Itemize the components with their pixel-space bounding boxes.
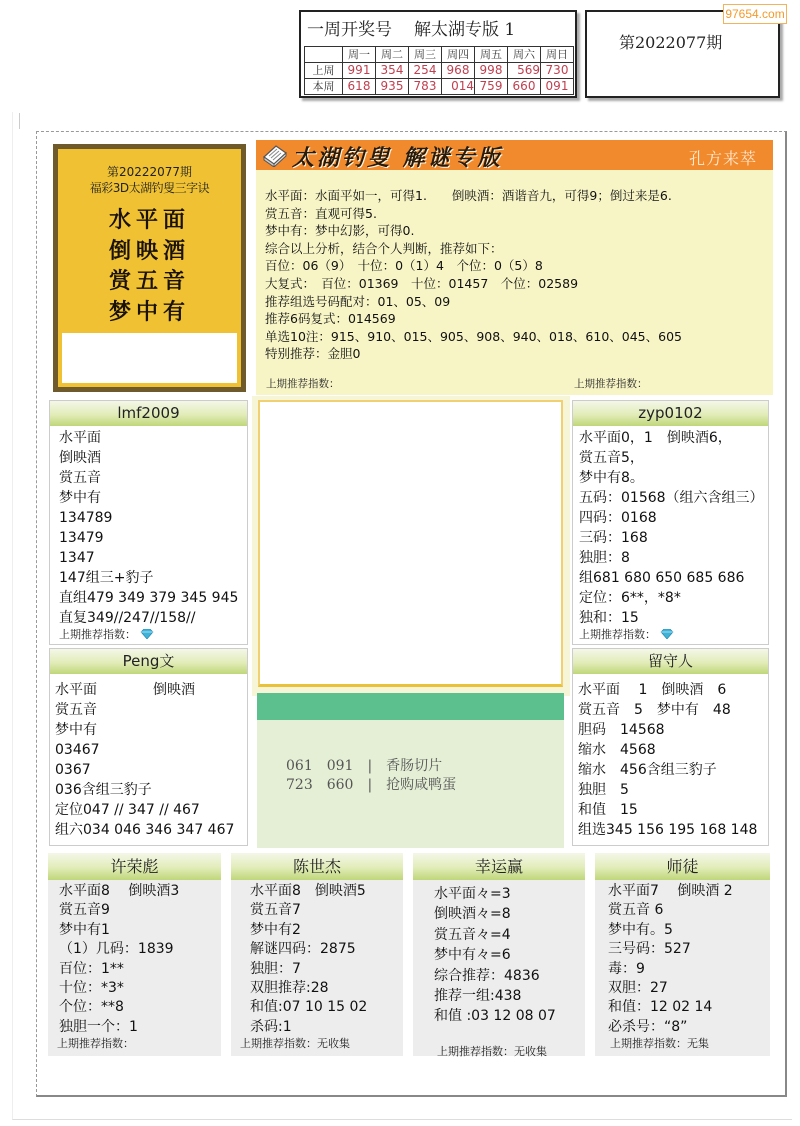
- puzzle-line: 特别推荐：金胆0: [265, 345, 767, 363]
- expert-line: 综合推荐：4836: [434, 966, 585, 986]
- table-row: 本周 618 935 783 014 759 660 091: [305, 79, 574, 95]
- expert-box-liushouren: 留守人 水平面 1 倒映酒 6 赏五音 5 梦中有 48 胆码 14568 缩水…: [572, 648, 769, 846]
- puzzle-line: 单选10注：915、910、015、905、908、940、018、610、04…: [265, 328, 767, 346]
- expert-line: 和值 :03 12 08 07: [434, 1006, 585, 1026]
- expert-line: 水平面: [59, 428, 247, 448]
- expert-line: 缩水 4568: [578, 740, 768, 760]
- draw-number: 569: [508, 63, 541, 79]
- expert-box-zyp0102: zyp0102 水平面0，1 倒映酒6， 赏五音5， 梦中有8。 五码：0156…: [572, 400, 769, 645]
- riddle-poem: 水平面 倒映酒 赏五音 梦中有: [58, 205, 241, 327]
- puzzle-header: 太湖钓叟 解谜专版 孔方来萃: [256, 140, 773, 170]
- rating-label: 上期推荐指数：: [579, 628, 656, 641]
- puzzle-panel: 太湖钓叟 解谜专版 孔方来萃 水平面：水面平如一，可得1. 倒映酒：酒谐音九，可…: [256, 140, 773, 395]
- expert-line: 胆码 14568: [578, 720, 768, 740]
- poem-line: 倒映酒: [58, 236, 241, 267]
- expert-line: 和值：12 02 14: [608, 998, 770, 1017]
- expert-line: 倒映酒々=8: [434, 904, 585, 924]
- puzzle-footer-right: 上期推荐指数：: [574, 376, 648, 391]
- poem-line: 赏五音: [58, 266, 241, 297]
- card-issue: 第20222077期: [58, 163, 241, 180]
- expert-line: 直复349//247//158//: [59, 608, 247, 628]
- green-band: [257, 693, 564, 720]
- expert-line: 水平面 1 倒映酒 6: [578, 680, 768, 700]
- expert-name: 许荣彪: [48, 853, 221, 880]
- expert-box-peng: Peng文 水平面 倒映酒 赏五音 梦中有 03467 0367 036含组三豹…: [49, 648, 248, 846]
- puzzle-line: 大复式： 百位：01369 十位：01457 个位：02589: [265, 275, 767, 293]
- expert-line: 梦中有: [55, 720, 247, 740]
- tip-line: 061 091 | 香肠切片: [286, 757, 456, 776]
- expert-line: 双胆推荐:28: [250, 979, 403, 998]
- expert-line: 五码：01568（组六含组三）: [579, 488, 768, 508]
- expert-box-shitu: 师徒 水平面7 倒映酒 2 赏五音 6 梦中有。5 三号码：527 毒：9 双胆…: [595, 853, 770, 1056]
- card-blank-area: [62, 333, 237, 383]
- expert-footer: 上期推荐指数：: [57, 1037, 221, 1050]
- expert-line: 百位：1**: [59, 960, 221, 979]
- puzzle-line: 推荐6码复式：014569: [265, 310, 767, 328]
- expert-line: 0367: [55, 760, 247, 780]
- draw-number: 618: [343, 79, 376, 95]
- corner-cell: [305, 47, 343, 63]
- expert-line: 定位047 // 347 // 467: [55, 800, 247, 820]
- expert-line: 独胆 5: [578, 780, 768, 800]
- expert-line: 赏五音: [59, 468, 247, 488]
- expert-line: 赏五音 6: [608, 901, 770, 920]
- expert-line: 倒映酒: [59, 448, 247, 468]
- rating-label: 上期推荐指数：: [59, 628, 136, 641]
- expert-line: 和值 15: [578, 800, 768, 820]
- expert-line: 梦中有8。: [579, 468, 768, 488]
- expert-line: 独和：15: [579, 608, 768, 628]
- expert-line: 水平面8 倒映酒5: [250, 882, 403, 901]
- draw-number: 354: [376, 63, 409, 79]
- tip-line: 723 660 | 抢购咸鸭蛋: [286, 776, 456, 795]
- expert-line: 直组479 349 379 345 945: [59, 588, 247, 608]
- expert-body: 水平面0，1 倒映酒6， 赏五音5， 梦中有8。 五码：01568（组六含组三）…: [573, 426, 768, 641]
- expert-line: 缩水 456含组三豹子: [578, 760, 768, 780]
- expert-name: zyp0102: [573, 401, 768, 426]
- expert-name: 留守人: [573, 649, 768, 674]
- expert-line: 个位：**8: [59, 998, 221, 1017]
- expert-line: 和值:07 10 15 02: [250, 998, 403, 1017]
- expert-box-chenshijie: 陈世杰 水平面8 倒映酒5 赏五音7 梦中有2 解谜四码：2875 独胆：7 双…: [231, 853, 403, 1056]
- day-header: 周一: [343, 47, 376, 63]
- table-row: 上周 991 354 254 968 998 569 730: [305, 63, 574, 79]
- expert-name: lmf2009: [50, 401, 247, 426]
- expert-box-xingyunying: 幸运赢 水平面々=3 倒映酒々=8 赏五音々=4 梦中有々=6 综合推荐：483…: [413, 853, 585, 1056]
- weekly-table: 周一 周二 周三 周四 周五 周六 周日 上周 991 354 254 968 …: [304, 46, 574, 95]
- expert-footer: 上期推荐指数：无收集: [437, 1045, 585, 1058]
- expert-body: 水平面々=3 倒映酒々=8 赏五音々=4 梦中有々=6 综合推荐：4836 推荐…: [413, 880, 585, 1058]
- expert-line: 赏五音9: [59, 901, 221, 920]
- expert-box-lmf2009: lmf2009 水平面 倒映酒 赏五音 梦中有 134789 13479 134…: [49, 400, 248, 645]
- draw-number: 998: [475, 63, 508, 79]
- expert-line: 解谜四码：2875: [250, 940, 403, 959]
- day-header: 周四: [442, 47, 475, 63]
- puzzle-footer-left: 上期推荐指数：: [266, 376, 340, 391]
- day-header: 周日: [541, 47, 574, 63]
- expert-line: 水平面8 倒映酒3: [59, 882, 221, 901]
- center-blank-box: [258, 400, 563, 687]
- puzzle-author: 孔方来萃: [689, 146, 757, 169]
- expert-body: 水平面7 倒映酒 2 赏五音 6 梦中有。5 三号码：527 毒：9 双胆：27…: [595, 880, 770, 1050]
- expert-line: 梦中有。5: [608, 921, 770, 940]
- draw-number: 014: [442, 79, 475, 95]
- diamond-icon: [660, 629, 674, 639]
- expert-line: 梦中有2: [250, 921, 403, 940]
- expert-footer: 上期推荐指数：无收集: [240, 1037, 403, 1050]
- expert-line: 推荐一组:438: [434, 986, 585, 1006]
- expert-line: 赏五音7: [250, 901, 403, 920]
- expert-name: 幸运赢: [413, 853, 585, 880]
- puzzle-line: 赏五音：直观可得5.: [265, 205, 767, 223]
- expert-name: Peng文: [50, 649, 247, 674]
- puzzle-line: 综合以上分析，结合个人判断，推荐如下：: [265, 240, 767, 258]
- expert-line: 13479: [59, 528, 247, 548]
- expert-line: 梦中有1: [59, 921, 221, 940]
- puzzle-line: 水平面：水面平如一，可得1. 倒映酒：酒谐音九，可得9；倒过来是6.: [265, 187, 767, 205]
- expert-line: 杀码:1: [250, 1018, 403, 1037]
- expert-line: 定位：6**，*8*: [579, 588, 768, 608]
- day-header: 周六: [508, 47, 541, 63]
- expert-line: 水平面7 倒映酒 2: [608, 882, 770, 901]
- expert-line: 必杀号：“8”: [608, 1018, 770, 1037]
- riddle-card: 第20222077期 福彩3D太湖钓叟三字诀 水平面 倒映酒 赏五音 梦中有: [53, 144, 246, 392]
- weekly-title-left: 一周开奖号: [307, 20, 392, 40]
- expert-line: 赏五音: [55, 700, 247, 720]
- expert-line: 独胆：7: [250, 960, 403, 979]
- card-subtitle: 福彩3D太湖钓叟三字诀: [58, 179, 241, 196]
- expert-line: 147组三+豹子: [59, 568, 247, 588]
- expert-line: 独胆一个：1: [59, 1018, 221, 1037]
- expert-line: 03467: [55, 740, 247, 760]
- expert-line: 四码：0168: [579, 508, 768, 528]
- expert-line: 组六034 046 346 347 467: [55, 820, 247, 840]
- expert-line: 组681 680 650 685 686: [579, 568, 768, 588]
- expert-line: 十位：*3*: [59, 979, 221, 998]
- draw-number: 968: [442, 63, 475, 79]
- weekly-title-right: 解太湖专版 1: [414, 20, 515, 40]
- puzzle-line: 百位：06（9） 十位：0（1）4 个位：0（5）8: [265, 257, 767, 275]
- expert-footer: 上期推荐指数：无集: [610, 1037, 770, 1050]
- weekly-results-box: 一周开奖号解太湖专版 1 周一 周二 周三 周四 周五 周六 周日 上周 991…: [299, 10, 577, 98]
- puzzle-body: 水平面：水面平如一，可得1. 倒映酒：酒谐音九，可得9；倒过来是6. 赏五音：直…: [265, 187, 767, 363]
- expert-body: 水平面8 倒映酒5 赏五音7 梦中有2 解谜四码：2875 独胆：7 双胆推荐:…: [231, 880, 403, 1050]
- expert-line: 双胆：27: [608, 979, 770, 998]
- expert-name: 师徒: [595, 853, 770, 880]
- expert-line: 1347: [59, 548, 247, 568]
- center-tip-panel: 061 091 | 香肠切片 723 660 | 抢购咸鸭蛋: [257, 720, 564, 848]
- book-icon: [262, 143, 288, 167]
- day-header: 周五: [475, 47, 508, 63]
- puzzle-line: 推荐组选号码配对：01、05、09: [265, 293, 767, 311]
- draw-number: 660: [508, 79, 541, 95]
- expert-line: 三号码：527: [608, 940, 770, 959]
- expert-footer: 上期推荐指数：: [579, 628, 768, 641]
- issue-number: 第2022077期: [619, 30, 722, 53]
- day-header: 周二: [376, 47, 409, 63]
- expert-body: 水平面8 倒映酒3 赏五音9 梦中有1 （1）几码：1839 百位：1** 十位…: [48, 880, 221, 1050]
- draw-number: 991: [343, 63, 376, 79]
- draw-number: 254: [409, 63, 442, 79]
- expert-footer: 上期推荐指数：: [59, 628, 247, 641]
- row-label: 上周: [305, 63, 343, 79]
- expert-line: 毒：9: [608, 960, 770, 979]
- draw-number: 935: [376, 79, 409, 95]
- expert-line: 036含组三豹子: [55, 780, 247, 800]
- poem-line: 梦中有: [58, 297, 241, 328]
- draw-number: 091: [541, 79, 574, 95]
- weekly-title: 一周开奖号解太湖专版 1: [307, 15, 515, 40]
- expert-body: 水平面 1 倒映酒 6 赏五音 5 梦中有 48 胆码 14568 缩水 456…: [573, 674, 768, 840]
- expert-line: 三码：168: [579, 528, 768, 548]
- draw-number: 783: [409, 79, 442, 95]
- expert-name: 陈世杰: [231, 853, 403, 880]
- tip-lines: 061 091 | 香肠切片 723 660 | 抢购咸鸭蛋: [286, 757, 456, 795]
- expert-line: 水平面0，1 倒映酒6，: [579, 428, 768, 448]
- expert-box-xurongbiao: 许荣彪 水平面8 倒映酒3 赏五音9 梦中有1 （1）几码：1839 百位：1*…: [48, 853, 221, 1056]
- weekly-header-row: 周一 周二 周三 周四 周五 周六 周日: [305, 47, 574, 63]
- expert-line: 梦中有々=6: [434, 945, 585, 965]
- expert-line: 梦中有: [59, 488, 247, 508]
- draw-number: 730: [541, 63, 574, 79]
- expert-line: 赏五音 5 梦中有 48: [578, 700, 768, 720]
- row-label: 本周: [305, 79, 343, 95]
- puzzle-line: 梦中有：梦中幻影，可得0.: [265, 222, 767, 240]
- expert-line: 赏五音5，: [579, 448, 768, 468]
- expert-line: 134789: [59, 508, 247, 528]
- expert-line: 水平面 倒映酒: [55, 680, 247, 700]
- expert-line: 独胆：8: [579, 548, 768, 568]
- expert-line: （1）几码：1839: [59, 940, 221, 959]
- expert-line: 组选345 156 195 168 148: [578, 820, 768, 840]
- draw-number: 759: [475, 79, 508, 95]
- expert-body: 水平面 倒映酒 赏五音 梦中有 134789 13479 1347 147组三+…: [50, 426, 247, 641]
- poem-line: 水平面: [58, 205, 241, 236]
- expert-line: 赏五音々=4: [434, 925, 585, 945]
- puzzle-title: 太湖钓叟 解谜专版: [292, 141, 503, 172]
- diamond-icon: [140, 629, 154, 639]
- expert-line: 水平面々=3: [434, 884, 585, 904]
- day-header: 周三: [409, 47, 442, 63]
- expert-body: 水平面 倒映酒 赏五音 梦中有 03467 0367 036含组三豹子 定位04…: [50, 674, 247, 840]
- site-watermark: 97654.com: [723, 4, 787, 24]
